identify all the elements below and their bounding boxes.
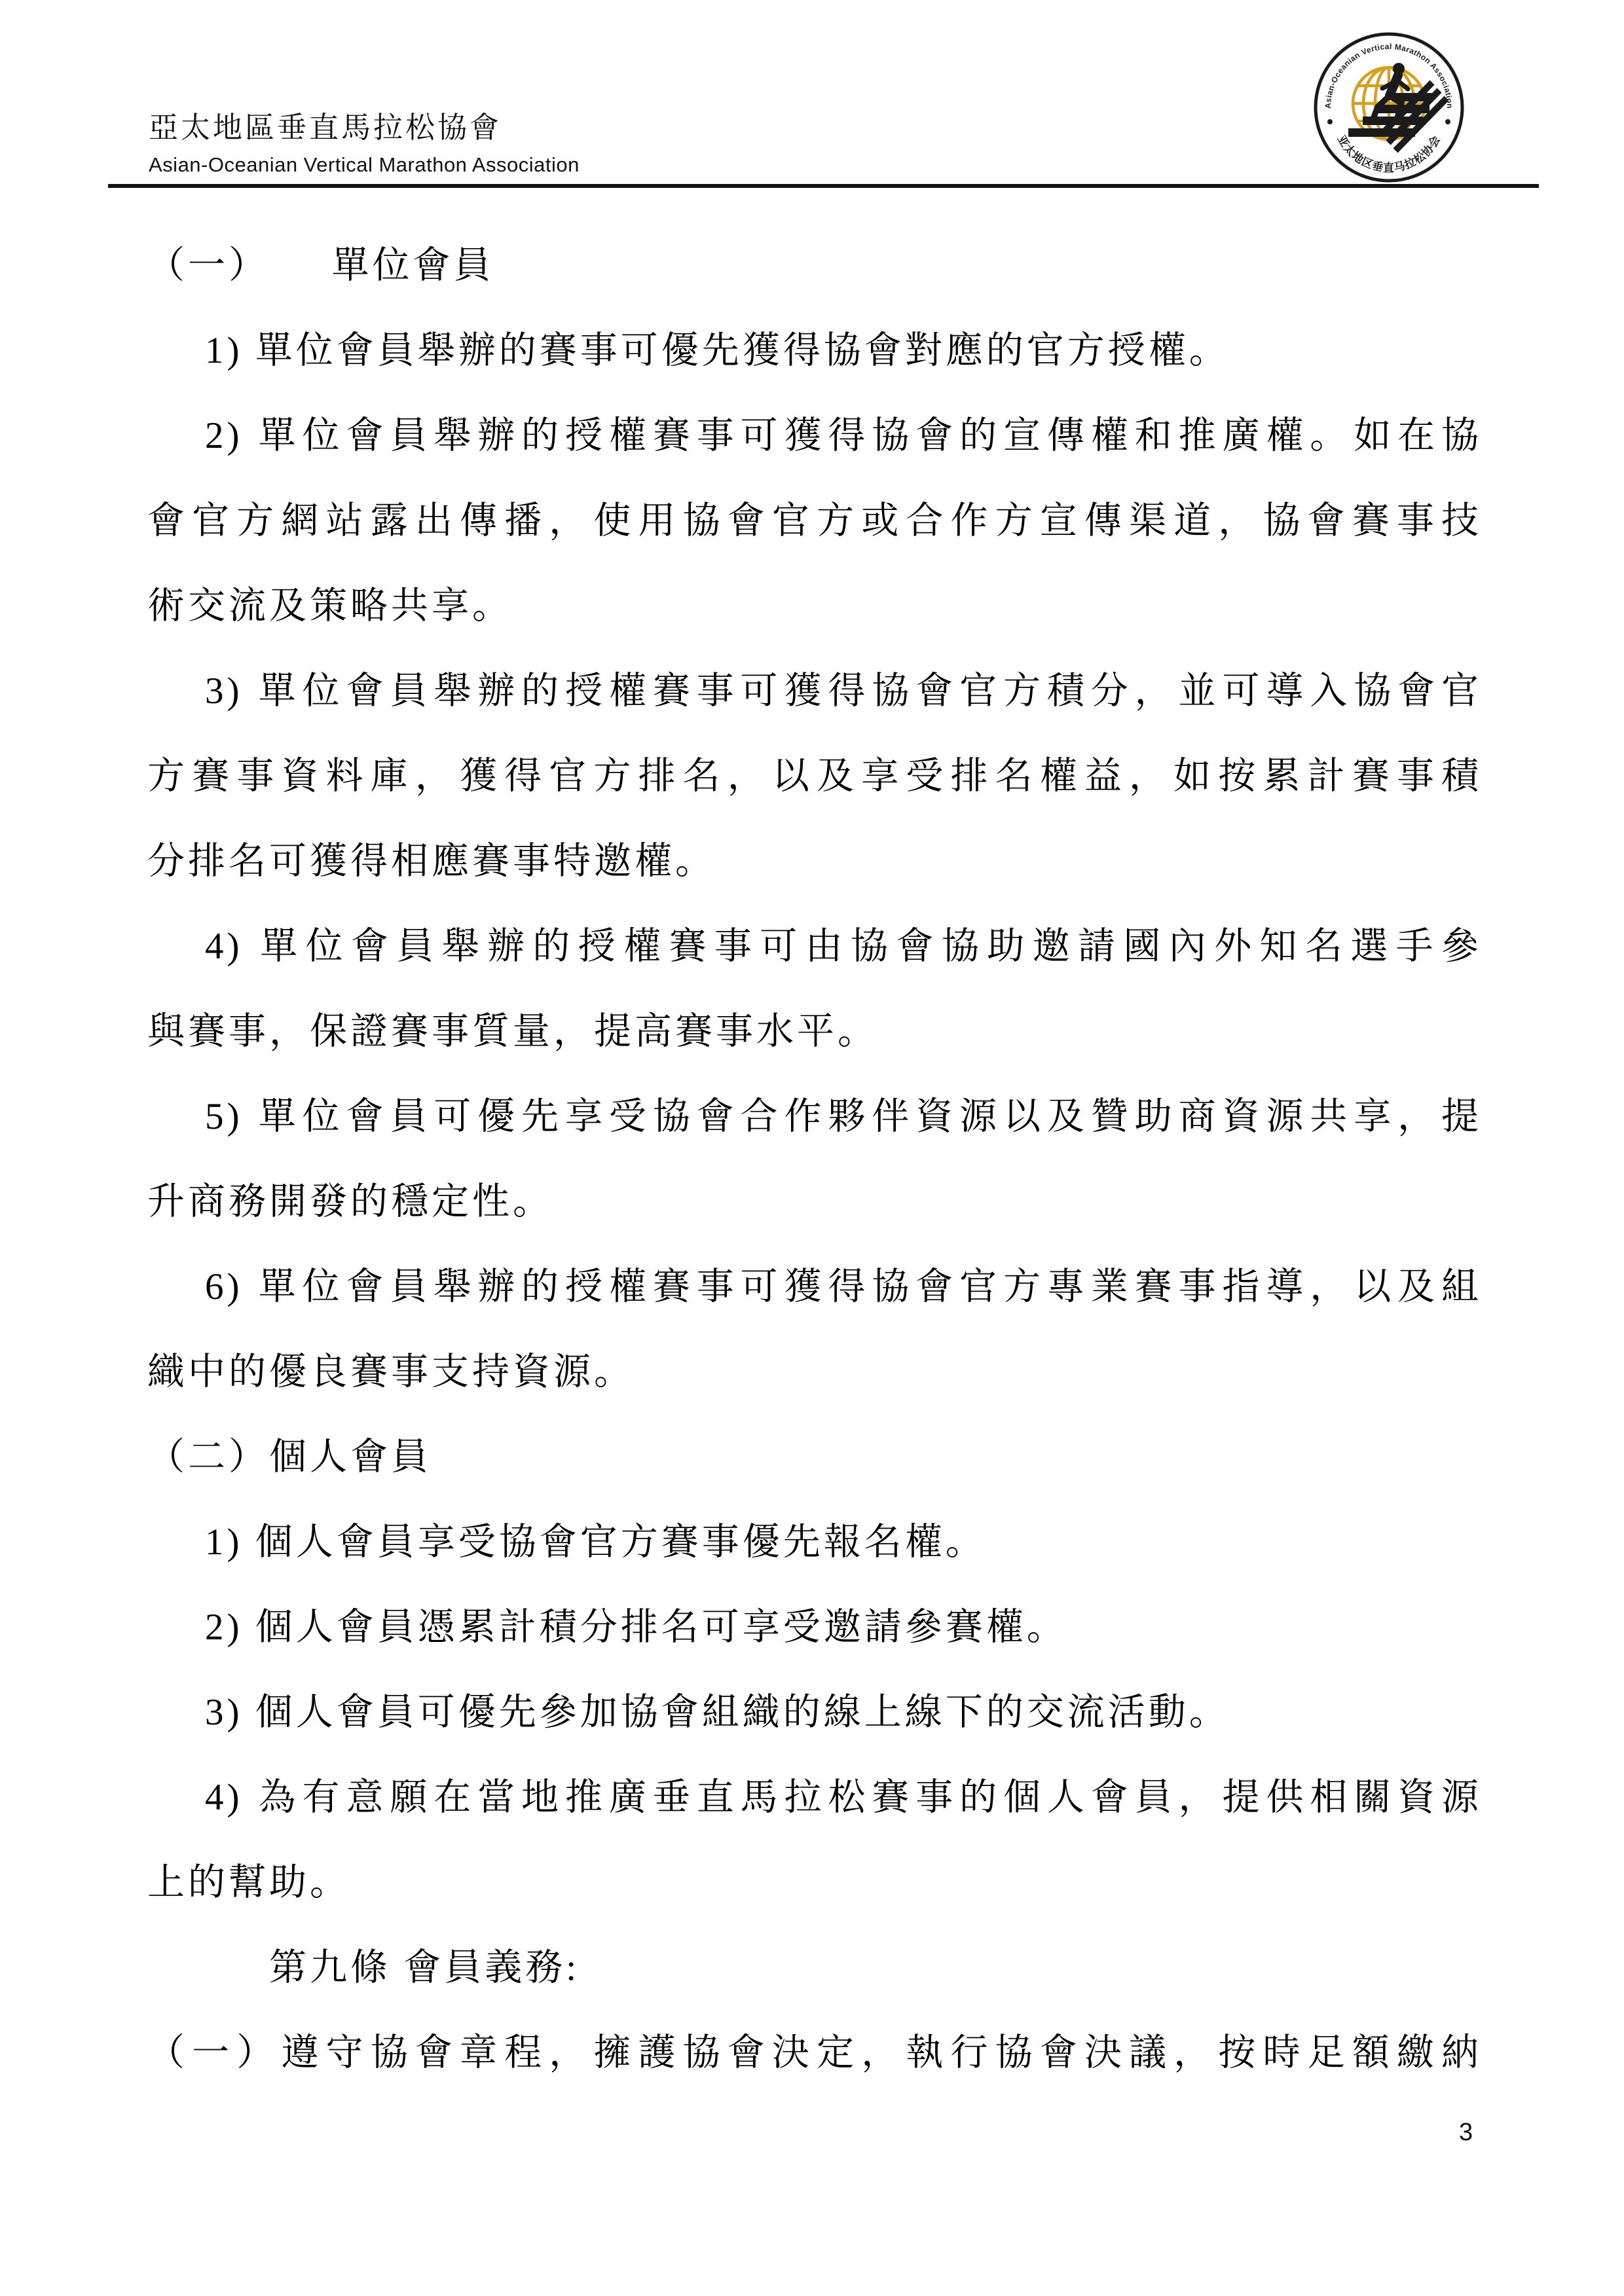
text-line: 1) 個人會員享受協會官方賽事優先報名權。 [147, 1500, 1482, 1585]
text-line: 會官方網站露出傳播，使用協會官方或合作方宣傳渠道，協會賽事技 [147, 479, 1482, 564]
text-line: 6) 單位會員舉辦的授權賽事可獲得協會官方專業賽事指導，以及組 [147, 1245, 1482, 1330]
text-line: 上的幫助。 [147, 1840, 1482, 1925]
text-line: 3) 單位會員舉辦的授權賽事可獲得協會官方積分，並可導入協會官 [147, 649, 1482, 734]
text-line: 3) 個人會員可優先參加協會組織的線上線下的交流活動。 [147, 1670, 1482, 1755]
text-line: 與賽事，保證賽事質量，提高賽事水平。 [147, 989, 1482, 1074]
document-body: （一） 單位會員 1) 單位會員舉辦的賽事可優先獲得協會對應的官方授權。 2) … [147, 223, 1482, 2096]
text-line: 4) 為有意願在當地推廣垂直馬拉松賽事的個人會員，提供相關資源 [147, 1755, 1482, 1840]
text-line: 升商務開發的穩定性。 [147, 1159, 1482, 1245]
page-number: 3 [1459, 2119, 1473, 2147]
section-heading: （一） 單位會員 [147, 223, 1482, 308]
document-page: 亞太地區垂直馬拉松協會 Asian-Oceanian Vertical Mara… [0, 0, 1624, 2296]
text-line: 2) 個人會員憑累計積分排名可享受邀請參賽權。 [147, 1585, 1482, 1670]
association-logo: Asian-Oceanian Vertical Marathon Associa… [1312, 30, 1466, 185]
text-line: 術交流及策略共享。 [147, 564, 1482, 649]
logo-right-dot [1445, 119, 1450, 124]
text-line: 方賽事資料庫，獲得官方排名，以及享受排名權益，如按累計賽事積 [147, 734, 1482, 819]
section-heading: （二）個人會員 [147, 1415, 1482, 1500]
text-line: （一）遵守協會章程，擁護協會決定，執行協會決議，按時足額繳納 [147, 2011, 1482, 2096]
text-line: 2) 單位會員舉辦的授權賽事可獲得協會的宣傳權和推廣權。如在協 [147, 393, 1482, 479]
text-line: 織中的優良賽事支持資源。 [147, 1330, 1482, 1415]
text-line: 4) 單位會員舉辦的授權賽事可由協會協助邀請國內外知名選手參 [147, 904, 1482, 989]
org-name-zh: 亞太地區垂直馬拉松協會 [149, 113, 502, 143]
text-line: 1) 單位會員舉辦的賽事可優先獲得協會對應的官方授權。 [147, 308, 1482, 393]
article-heading: 第九條 會員義務: [147, 1925, 1482, 2011]
text-line: 5) 單位會員可優先享受協會合作夥伴資源以及贊助商資源共享，提 [147, 1074, 1482, 1159]
logo-left-dot [1327, 119, 1333, 124]
text-line: 分排名可獲得相應賽事特邀權。 [147, 819, 1482, 904]
org-name-en: Asian-Oceanian Vertical Marathon Associa… [149, 155, 580, 175]
